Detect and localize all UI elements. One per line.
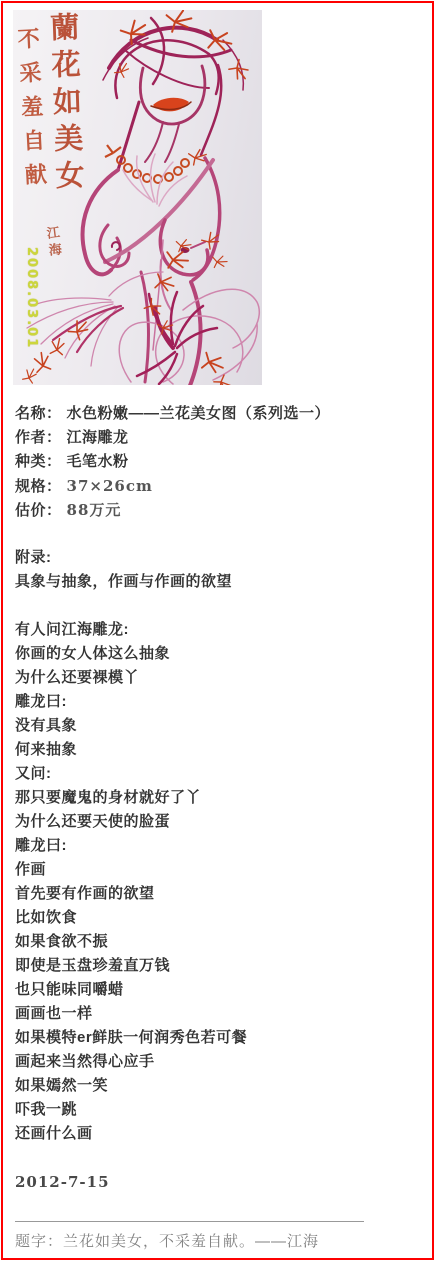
necklace [105,145,189,183]
poem-line: 为什么还要天使的脸蛋 [15,810,423,834]
poem-line: 雕龙曰: [15,834,423,858]
lips [151,98,191,112]
page-frame: 蘭花如美女 不采羞自献 江海 2008.03.01 名称：水色粉嫩——兰花美女图… [1,1,434,1260]
poem-line: 你画的女人体这么抽象 [15,642,423,666]
poem-line: 也只能味同嚼蜡 [15,978,423,1002]
poem-line: 首先要有作画的欲望 [15,882,423,906]
poem-line: 有人问江海雕龙: [15,618,423,642]
face-outline [140,66,205,124]
field-label: 名称： [15,405,62,422]
field-label: 种类： [15,453,62,470]
poem-line: 如果模特er鲜肤一何润秀色若可餐 [15,1026,423,1050]
field-value: 37×26cm [67,477,153,495]
appendix-heading: 附录: [15,546,423,570]
poem-line: 又问: [15,762,423,786]
poem-line: 为什么还要裸模丫 [15,666,423,690]
field-label: 估价： [15,502,62,519]
post-date: 2012-7-15 [15,1170,423,1194]
field-value: 毛笔水粉 [67,453,129,470]
poem-line: 画起来当然得心应手 [15,1050,423,1074]
neck-strokes [145,122,179,162]
poem-line: 没有具象 [15,714,423,738]
divider [15,1221,364,1222]
field-value: 88万元 [67,501,122,519]
poem-line: 画画也一样 [15,1002,423,1026]
footer-caption: 题字：兰花如美女，不采羞自献。——江海 [15,1231,423,1253]
field-medium: 种类：毛笔水粉 [15,450,423,474]
date-stamp: 2008.03.01 [24,247,39,349]
poem-line: 雕龙曰: [15,690,423,714]
poem-line: 即使是玉盘珍羞直万钱 [15,954,423,978]
field-label: 规格： [15,478,62,495]
field-value: 水色粉嫩——兰花美女图（系列选一） [67,405,331,422]
poem-line: 作画 [15,858,423,882]
torso-strokes [83,158,220,385]
field-size: 规格：37×26cm [15,474,423,498]
poem-line: 如果嫣然一笑 [15,1074,423,1098]
blank-line [15,594,423,618]
artwork-details: 名称：水色粉嫩——兰花美女图（系列选一） 作者：江海雕龙 种类：毛笔水粉 规格：… [15,402,423,1253]
appendix-subtitle: 具象与抽象，作画与作画的欲望 [15,570,423,594]
field-artist: 作者：江海雕龙 [15,426,423,450]
blank-line [15,522,423,546]
poem-line: 如果食欲不振 [15,930,423,954]
poem-line: 那只要魔鬼的身材就好了丫 [15,786,423,810]
artist-signature: 江海 [44,225,61,260]
orchid-loops-right [119,289,259,384]
field-title: 名称：水色粉嫩——兰花美女图（系列选一） [15,402,423,426]
poem-line: 还画什么画 [15,1122,423,1146]
field-price: 估价：88万元 [15,498,423,522]
poem-line: 吓我一跳 [15,1098,423,1122]
blank-line [15,1146,423,1170]
orchid-leaves-left [27,272,163,366]
field-value: 江海雕龙 [67,429,129,446]
calligraphy-inscription-main: 蘭花如美女 [48,12,83,198]
artwork-image[interactable]: 蘭花如美女 不采羞自献 江海 2008.03.01 [13,10,262,385]
field-label: 作者： [15,429,62,446]
poem-line: 何来抽象 [15,738,423,762]
poem-line: 比如饮食 [15,906,423,930]
